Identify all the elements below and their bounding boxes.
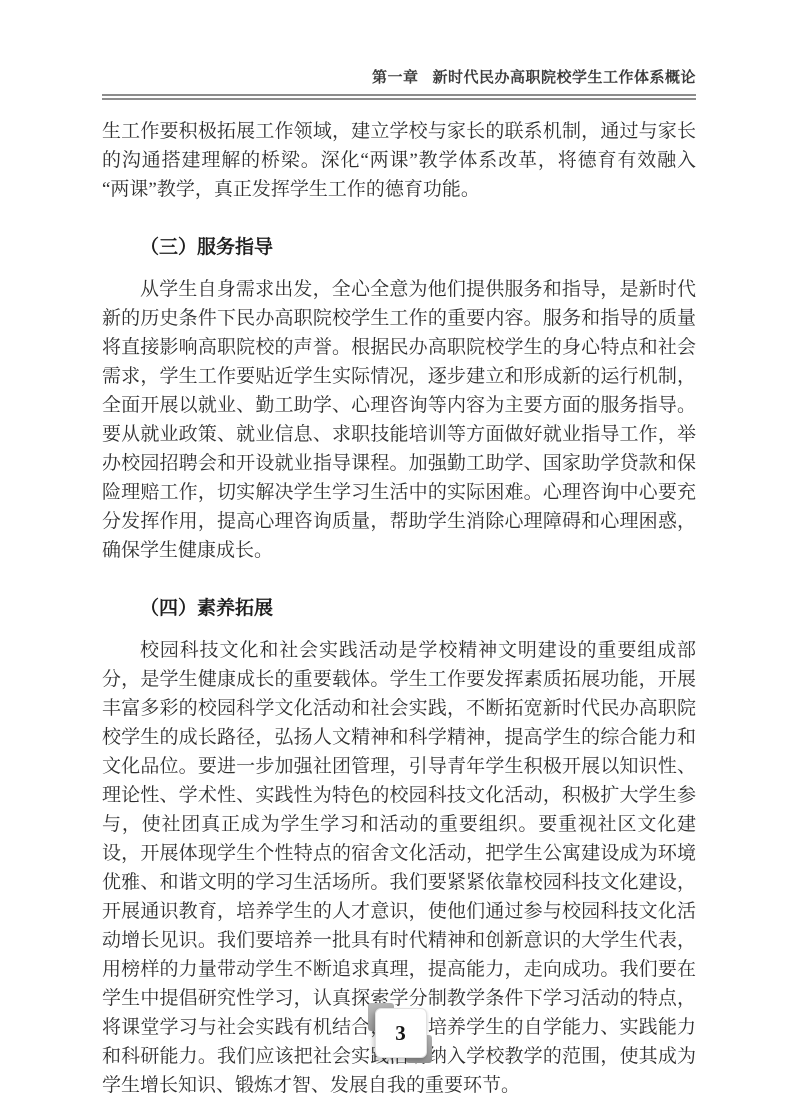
continued-paragraph: 生工作要积极拓展工作领域，建立学校与家长的联系机制，通过与家长的沟通搭建理解的桥… — [102, 117, 696, 204]
header-double-rule — [102, 94, 696, 100]
page: 第一章新时代民办高职院校学生工作体系概论 生工作要积极拓展工作领域，建立学校与家… — [0, 0, 799, 1118]
section-heading-service-guidance: （三）服务指导 — [102, 235, 696, 261]
chapter-label: 第一章 — [372, 69, 419, 86]
section-heading-quality-development: （四）素养拓展 — [102, 596, 696, 622]
page-header: 第一章新时代民办高职院校学生工作体系概论 — [102, 66, 696, 100]
chapter-title: 新时代民办高职院校学生工作体系概论 — [432, 69, 696, 86]
page-number-badge: 3 — [367, 1001, 433, 1065]
body-text: 生工作要积极拓展工作领域，建立学校与家长的联系机制，通过与家长的沟通搭建理解的桥… — [102, 117, 696, 1100]
running-head: 第一章新时代民办高职院校学生工作体系概论 — [102, 66, 696, 87]
page-number: 3 — [395, 1021, 406, 1046]
document-page: { "header": { "chapter": "第一章", "title":… — [0, 0, 799, 1118]
page-number-card: 3 — [375, 1008, 427, 1058]
section-paragraph-service-guidance: 从学生自身需求出发，全心全意为他们提供服务和指导，是新时代新的历史条件下民办高职… — [102, 275, 696, 565]
content-column: 第一章新时代民办高职院校学生工作体系概论 生工作要积极拓展工作领域，建立学校与家… — [102, 0, 696, 1100]
